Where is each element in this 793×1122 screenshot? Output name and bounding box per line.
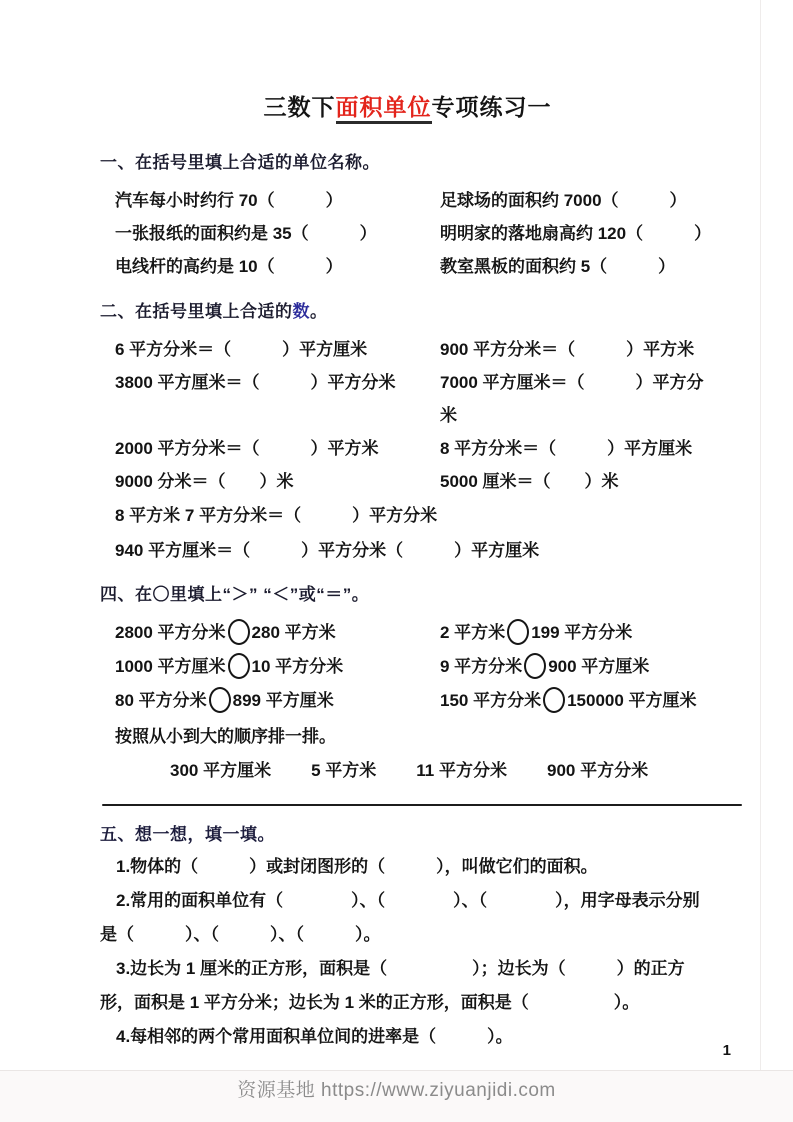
comparison-circle: [543, 687, 565, 713]
section-2: 二、在括号里填上合适的数。 6 平方分米＝（ ）平方厘米 900 平方分米＝（ …: [100, 299, 715, 568]
comparison-left-value: 80 平方分米: [115, 691, 207, 710]
order-item: 900 平方分米: [547, 754, 648, 788]
title-highlight: 面积单位: [336, 94, 432, 124]
fill-unit-row: 汽车每小时约行 70（ ） 足球场的面积约 7000（ ）: [115, 184, 715, 217]
section-1: 一、在括号里填上合适的单位名称。 汽车每小时约行 70（ ） 足球场的面积约 7…: [100, 150, 715, 283]
title-prefix: 三数下: [264, 94, 336, 120]
section-1-heading: 一、在括号里填上合适的单位名称。: [100, 150, 715, 176]
worksheet-content: 三数下面积单位专项练习一 一、在括号里填上合适的单位名称。 汽车每小时约行 70…: [100, 88, 715, 1054]
conversion-row: 3800 平方厘米＝（ ）平方分米 7000 平方厘米＝（ ）平方分米: [115, 366, 715, 432]
fill-blank-item: 3.边长为 1 厘米的正方形，面积是（ ）；边长为（ ）的正方形，面积是 1 平…: [100, 952, 715, 1020]
fill-unit-item: 电线杆的高约是 10（ ）: [115, 250, 440, 283]
conversion-item: 6 平方分米＝（ ）平方厘米: [115, 333, 440, 366]
section-5: 五、想一想，填一填。 1.物体的（ ）或封闭图形的（ ），叫做它们的面积。 2.…: [100, 820, 715, 1054]
comparison-item: 150 平方分米150000 平方厘米: [440, 684, 715, 718]
comparison-circle: [524, 653, 546, 679]
conversion-row: 9000 分米＝（ ）米 5000 厘米＝（ ）米: [115, 465, 715, 498]
section-1-rows: 汽车每小时约行 70（ ） 足球场的面积约 7000（ ） 一张报纸的面积约是 …: [115, 184, 715, 283]
comparison-left-value: 1000 平方厘米: [115, 657, 226, 676]
fill-unit-item: 教室黑板的面积约 5（ ）: [440, 250, 715, 283]
fill-blank-item: 4.每相邻的两个常用面积单位间的进率是（ ）。: [100, 1020, 715, 1054]
order-prompt: 按照从小到大的顺序排一排。: [115, 720, 715, 754]
fill-unit-row: 电线杆的高约是 10（ ） 教室黑板的面积约 5（ ）: [115, 250, 715, 283]
conversion-item: 7000 平方厘米＝（ ）平方分米: [440, 366, 715, 432]
fill-blank-item: 2.常用的面积单位有（ ）、（ ）、（ ），用字母表示分别是（ ）、（ ）、（ …: [100, 884, 715, 952]
comparison-row: 1000 平方厘米10 平方分米 9 平方分米900 平方厘米: [115, 650, 715, 684]
comparison-left-value: 150 平方分米: [440, 691, 541, 710]
comparison-item: 80 平方分米899 平方厘米: [115, 684, 440, 718]
conversion-item: 900 平方分米＝（ ）平方米: [440, 333, 715, 366]
comparison-circle: [507, 619, 529, 645]
comparison-circle: [209, 687, 231, 713]
conversion-row: 6 平方分米＝（ ）平方厘米 900 平方分米＝（ ）平方米: [115, 333, 715, 366]
comparison-left-value: 9 平方分米: [440, 657, 522, 676]
comparison-left-value: 2800 平方分米: [115, 623, 226, 642]
conversion-item: 2000 平方分米＝（ ）平方米: [115, 432, 440, 465]
order-item: 300 平方厘米: [170, 754, 271, 788]
comparison-item: 2 平方米199 平方分米: [440, 616, 715, 650]
comparison-right-value: 199 平方分米: [531, 623, 632, 642]
fill-blank-item: 1.物体的（ ）或封闭图形的（ ），叫做它们的面积。: [100, 850, 715, 884]
site-footer-link[interactable]: 资源基地 https://www.ziyuanjidi.com: [237, 1075, 556, 1102]
fill-unit-item: 明明家的落地扇高约 120（ ）: [440, 217, 715, 250]
order-items: 300 平方厘米 5 平方米 11 平方分米 900 平方分米: [170, 754, 715, 788]
comparison-row: 2800 平方分米280 平方米 2 平方米199 平方分米: [115, 616, 715, 650]
fill-unit-row: 一张报纸的面积约是 35（ ） 明明家的落地扇高约 120（ ）: [115, 217, 715, 250]
page-edge-line: [760, 0, 761, 1070]
conversion-row: 2000 平方分米＝（ ）平方米 8 平方分米＝（ ）平方厘米: [115, 432, 715, 465]
fill-unit-item: 一张报纸的面积约是 35（ ）: [115, 217, 440, 250]
fill-unit-item: 足球场的面积约 7000（ ）: [440, 184, 715, 217]
comparison-right-value: 280 平方米: [252, 623, 336, 642]
fill-unit-item: 汽车每小时约行 70（ ）: [115, 184, 440, 217]
section-2-heading-accent: 数: [293, 302, 311, 321]
worksheet-page: 三数下面积单位专项练习一 一、在括号里填上合适的单位名称。 汽车每小时约行 70…: [0, 0, 793, 1122]
comparison-item: 2800 平方分米280 平方米: [115, 616, 440, 650]
conversion-item: 3800 平方厘米＝（ ）平方分米: [115, 366, 440, 432]
section-4: 四、在〇里填上“＞” “＜”或“＝”。 2800 平方分米280 平方米 2 平…: [100, 582, 715, 788]
conversion-item: 5000 厘米＝（ ）米: [440, 465, 715, 498]
section-5-heading: 五、想一想，填一填。: [100, 820, 715, 850]
section-2-rows: 6 平方分米＝（ ）平方厘米 900 平方分米＝（ ）平方米 3800 平方厘米…: [115, 333, 715, 498]
comparison-circle: [228, 619, 250, 645]
comparison-row: 80 平方分米899 平方厘米 150 平方分米150000 平方厘米: [115, 684, 715, 718]
comparison-item: 9 平方分米900 平方厘米: [440, 650, 715, 684]
title-suffix: 专项练习一: [432, 94, 552, 120]
comparison-left-value: 2 平方米: [440, 623, 505, 642]
comparison-circle: [228, 653, 250, 679]
comparison-right-value: 150000 平方厘米: [567, 691, 696, 710]
section-2-heading-text: 二、在括号里填上合适的: [100, 302, 293, 321]
section-4-heading: 四、在〇里填上“＞” “＜”或“＝”。: [100, 582, 715, 608]
site-footer: 资源基地 https://www.ziyuanjidi.com: [0, 1070, 793, 1122]
section-2-heading-end: 。: [310, 302, 328, 321]
section-4-rows: 2800 平方分米280 平方米 2 平方米199 平方分米 1000 平方厘米…: [115, 616, 715, 718]
section-2-heading: 二、在括号里填上合适的数。: [100, 299, 715, 325]
page-title: 三数下面积单位专项练习一: [100, 88, 715, 126]
conversion-item: 8 平方米 7 平方分米＝（ ）平方分米: [115, 499, 715, 533]
conversion-item: 940 平方厘米＝（ ）平方分米（ ）平方厘米: [115, 534, 715, 568]
comparison-item: 1000 平方厘米10 平方分米: [115, 650, 440, 684]
order-item: 5 平方米: [311, 754, 376, 788]
comparison-right-value: 10 平方分米: [252, 657, 344, 676]
conversion-item: 9000 分米＝（ ）米: [115, 465, 440, 498]
comparison-right-value: 900 平方厘米: [548, 657, 649, 676]
section-divider-line: [102, 804, 742, 806]
page-number: 1: [723, 1042, 731, 1059]
conversion-item: 8 平方分米＝（ ）平方厘米: [440, 432, 715, 465]
order-item: 11 平方分米: [416, 754, 507, 788]
comparison-right-value: 899 平方厘米: [233, 691, 334, 710]
